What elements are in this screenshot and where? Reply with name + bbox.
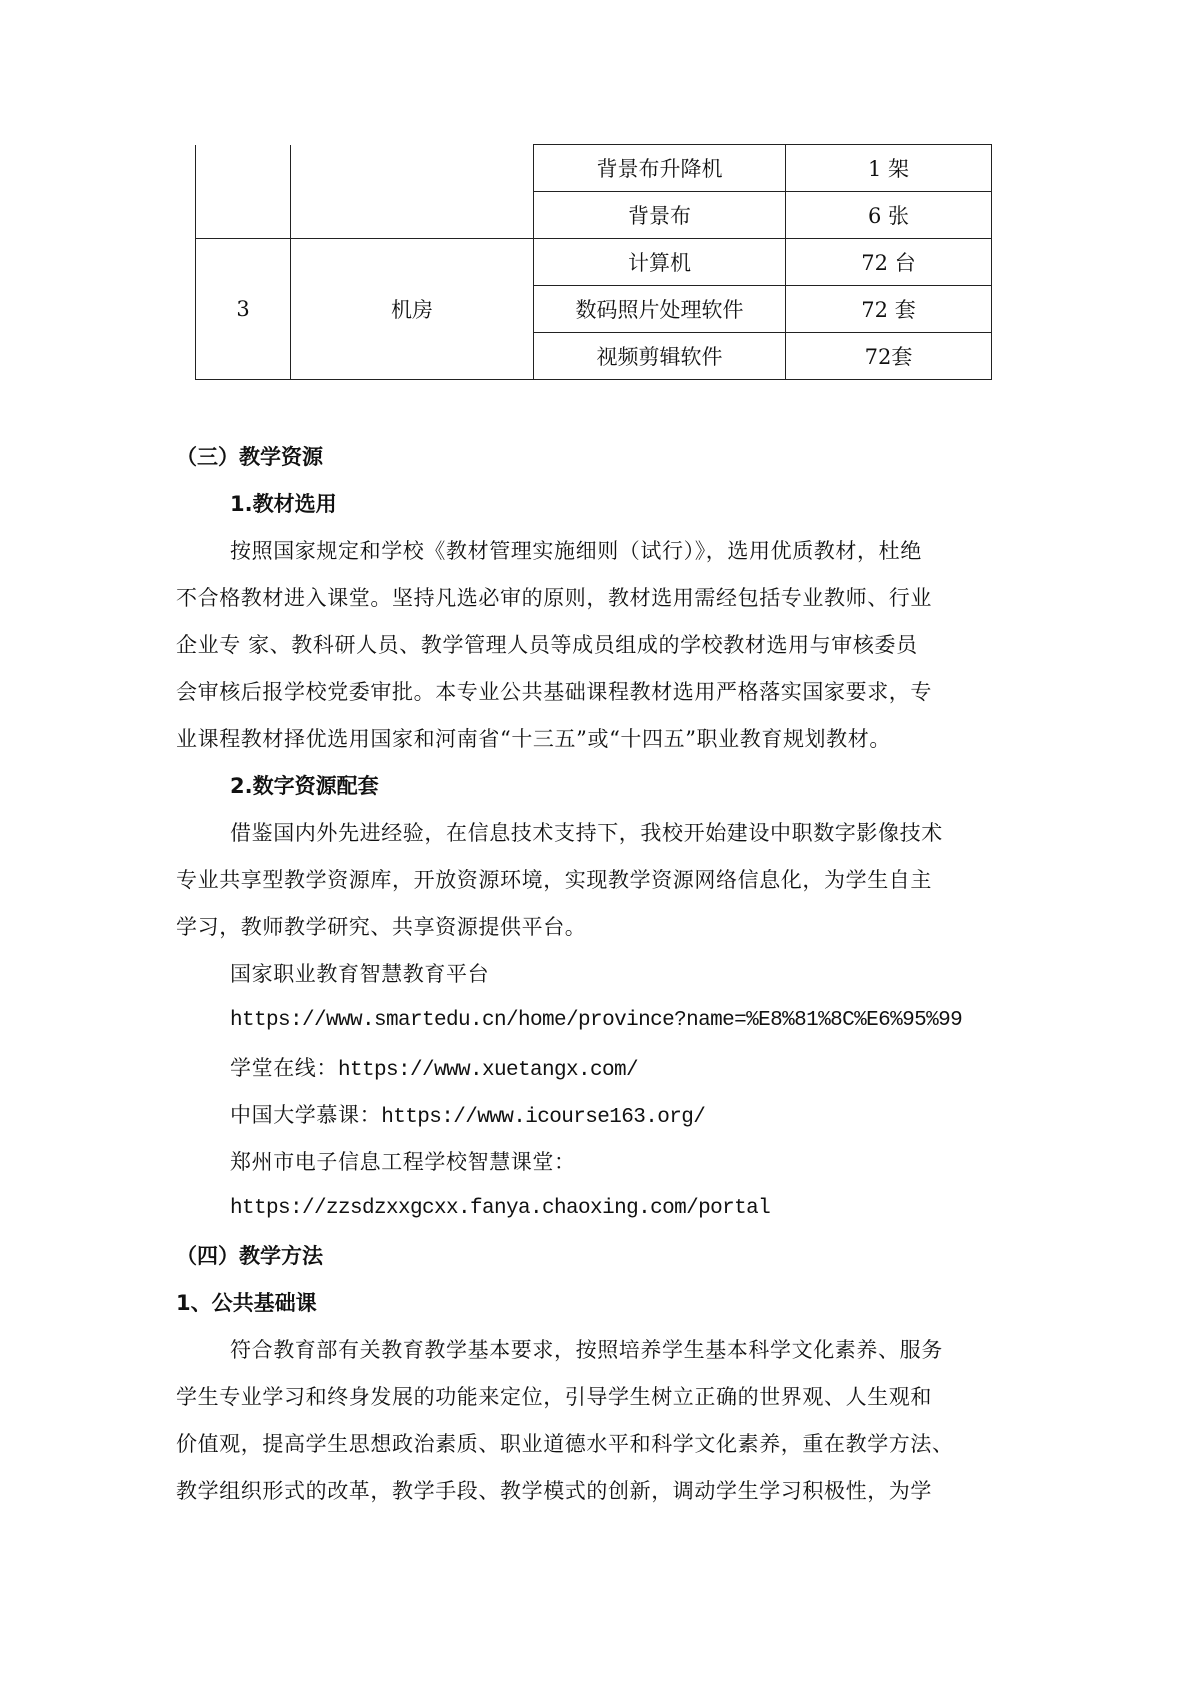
table-row: 背景布升降机 1 架 (196, 145, 992, 192)
paragraph-line: 不合格教材进入课堂。坚持凡选必审的原则，教材选用需经包括专业教师、行业 (176, 584, 932, 612)
resource-label-xuetangx: 学堂在线： (230, 1056, 338, 1080)
section-heading-teaching-methods: （四）教学方法 (176, 1242, 323, 1270)
table-row: 3 机房 计算机 72 台 (196, 239, 992, 286)
resource-link-xuetangx[interactable]: https://www.xuetangx.com/ (338, 1059, 638, 1082)
table-cell-item: 计算机 (534, 239, 786, 286)
paragraph-line: 专业共享型教学资源库，开放资源环境，实现教学资源网络信息化，为学生自主 (176, 866, 932, 894)
paragraph-line: 符合教育部有关教育教学基本要求，按照培养学生基本科学文化素养、服务 (230, 1336, 943, 1364)
table-cell-room: 机房 (291, 239, 534, 380)
paragraph-line: 按照国家规定和学校《教材管理实施细则（试行）》，选用优质教材，杜绝 (230, 537, 922, 565)
table-cell-qty: 6 张 (786, 192, 992, 239)
table-cell-item: 背景布升降机 (534, 145, 786, 192)
resource-label-smartedu: 国家职业教育智慧教育平台 (230, 960, 489, 988)
section-heading-teaching-resources: （三）教学资源 (176, 443, 323, 471)
paragraph-line: 价值观，提高学生思想政治素质、职业道德水平和科学文化素养，重在教学方法、 (176, 1430, 954, 1458)
resource-xuetangx: 学堂在线：https://www.xuetangx.com/ (230, 1054, 638, 1085)
table-cell-no (196, 145, 291, 239)
subheading-textbook-selection: 1.教材选用 (230, 490, 337, 518)
table-cell-qty: 1 架 (786, 145, 992, 192)
paragraph-line: 会审核后报学校党委审批。本专业公共基础课程教材选用严格落实国家要求，专 (176, 678, 932, 706)
subheading-digital-resources: 2.数字资源配套 (230, 772, 379, 800)
resource-label-school-classroom: 郑州市电子信息工程学校智慧课堂： (230, 1148, 576, 1176)
table-cell-qty: 72套 (786, 333, 992, 380)
paragraph-line: 教学组织形式的改革，教学手段、教学模式的创新，调动学生学习积极性，为学 (176, 1477, 932, 1505)
equipment-table: 背景布升降机 1 架 背景布 6 张 3 机房 计算机 72 台 数码照片处理软… (195, 144, 992, 380)
paragraph-line: 企业专 家、教科研人员、教学管理人员等成员组成的学校教材选用与审核委员 (176, 631, 918, 659)
paragraph-line: 借鉴国内外先进经验，在信息技术支持下，我校开始建设中职数字影像技术 (230, 819, 943, 847)
document-page: 背景布升降机 1 架 背景布 6 张 3 机房 计算机 72 台 数码照片处理软… (0, 0, 1191, 1684)
paragraph-line: 学习，教师教学研究、共享资源提供平台。 (176, 913, 586, 941)
subheading-public-basic-courses: 1、公共基础课 (176, 1289, 317, 1317)
paragraph-line: 业课程教材择优选用国家和河南省“十三五”或“十四五”职业教育规划教材。 (176, 725, 891, 753)
resource-link-school-classroom[interactable]: https://zzsdzxxgcxx.fanya.chaoxing.com/p… (230, 1195, 770, 1223)
resource-link-smartedu[interactable]: https://www.smartedu.cn/home/province?na… (230, 1007, 962, 1035)
resource-icourse163: 中国大学慕课：https://www.icourse163.org/ (230, 1101, 705, 1132)
table-cell-qty: 72 套 (786, 286, 992, 333)
table-cell-no: 3 (196, 239, 291, 380)
resource-label-icourse163: 中国大学慕课： (230, 1103, 381, 1127)
table-cell-item: 数码照片处理软件 (534, 286, 786, 333)
table-cell-qty: 72 台 (786, 239, 992, 286)
resource-link-icourse163[interactable]: https://www.icourse163.org/ (381, 1106, 705, 1129)
table-cell-room (291, 145, 534, 239)
paragraph-line: 学生专业学习和终身发展的功能来定位，引导学生树立正确的世界观、人生观和 (176, 1383, 932, 1411)
table-cell-item: 背景布 (534, 192, 786, 239)
table-cell-item: 视频剪辑软件 (534, 333, 786, 380)
